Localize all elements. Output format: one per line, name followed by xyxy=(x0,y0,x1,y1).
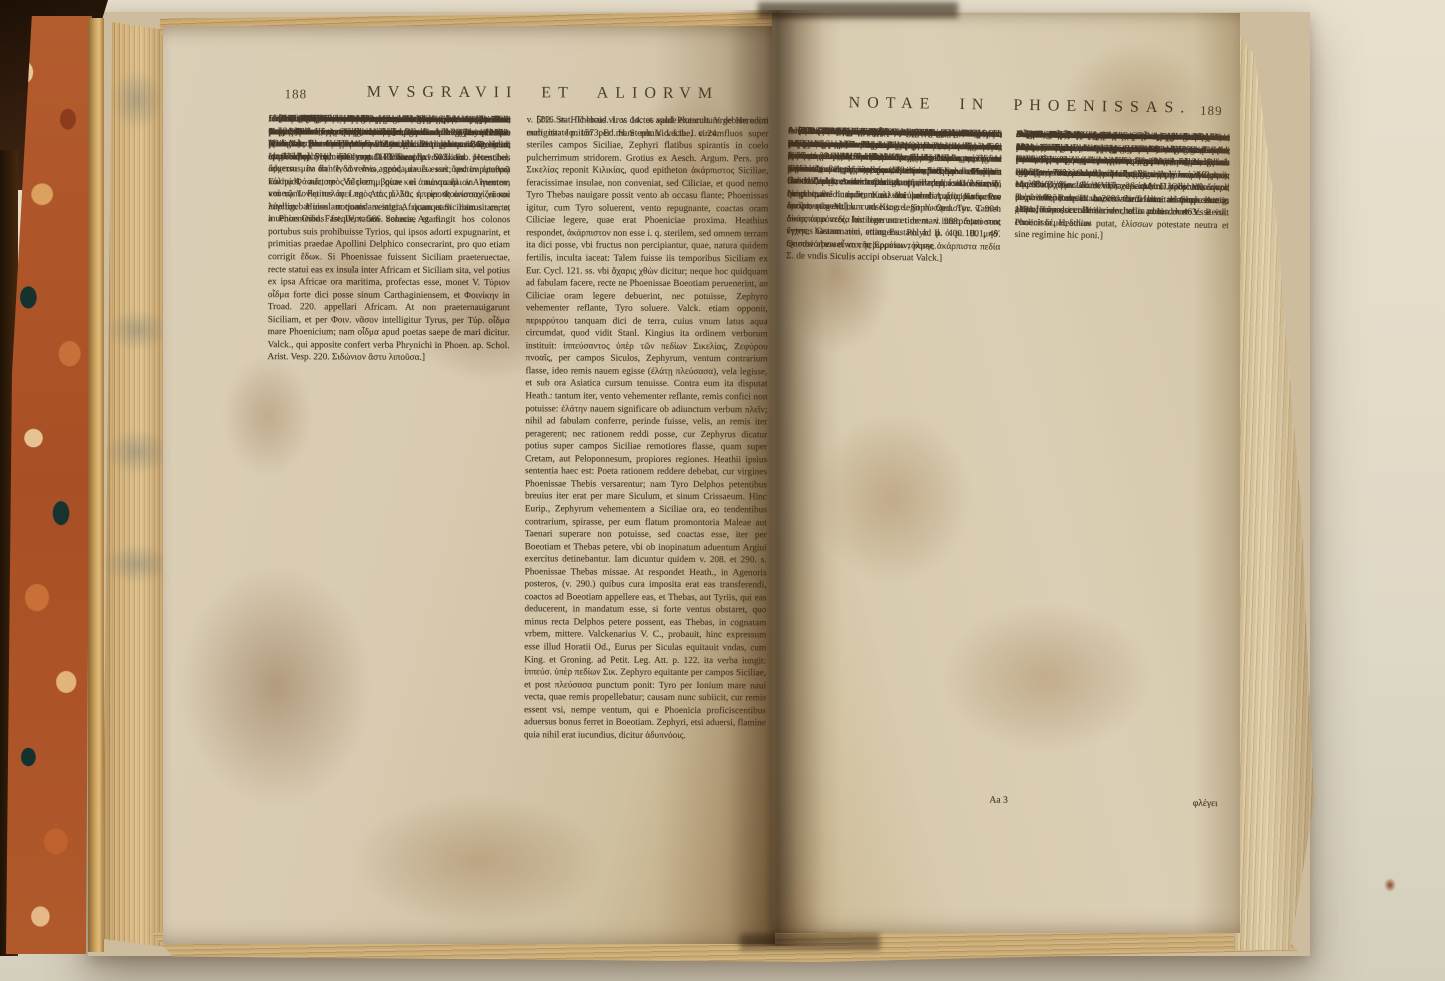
gilt-edge-strip xyxy=(88,18,104,952)
spine-bottom-shadow xyxy=(740,934,880,950)
spine-top-shadow xyxy=(758,2,958,18)
spine-gutter-shadow xyxy=(728,10,824,946)
right-page: NOTAE IN PHOENISSAS. 189 θυια. cf. Catul… xyxy=(772,13,1240,933)
fore-edge-smudge xyxy=(106,310,168,350)
stain xyxy=(1062,43,1212,173)
stain xyxy=(283,196,413,346)
right-curl-shadow xyxy=(1194,13,1240,933)
stain xyxy=(353,796,603,926)
fore-edge-smudge xyxy=(112,70,162,130)
left-page: 188 MVSGRAVII ET ALIORVM tamen nemo in s… xyxy=(163,26,775,944)
stain xyxy=(403,251,573,381)
stain xyxy=(181,566,371,806)
stain xyxy=(223,356,313,476)
backdrop-spot xyxy=(1384,878,1396,892)
book-photo: 188 MVSGRAVII ET ALIORVM tamen nemo in s… xyxy=(0,0,1445,981)
stain xyxy=(942,603,1152,753)
left-page-number: 188 xyxy=(285,86,308,102)
